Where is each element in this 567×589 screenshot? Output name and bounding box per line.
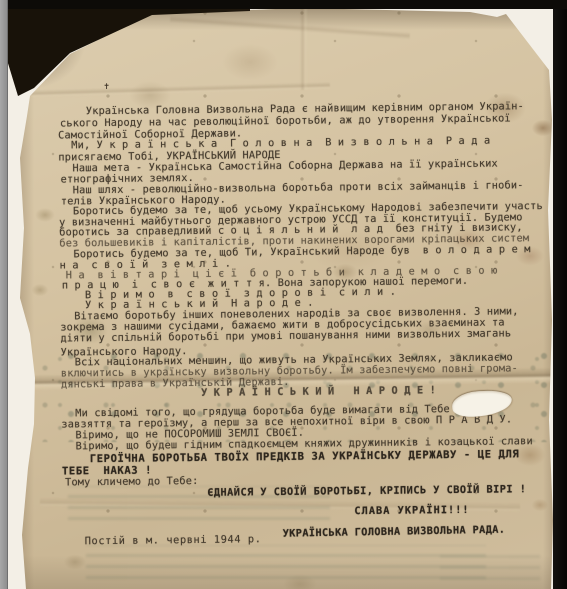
slava-slogan: СЛАВА УКРАЇНІ!!! (354, 504, 469, 517)
scanner-frame-top (0, 0, 567, 9)
scanned-document-page: ✝ Українська Головна Визвольна Рада є на… (0, 0, 567, 589)
banner-line: У К Р А Ї Н С Ь К И Й Н А Р О Д Е ! (201, 384, 436, 399)
typewritten-text: Українська Головна Визвольна Рада є найв… (0, 0, 567, 589)
signature-line: УКРАЇНСЬКА ГОЛОВНА ВИЗВОЛЬНА РАДА. (283, 524, 506, 540)
typewritten-line: Тому кличемо до Тебе: (65, 475, 198, 489)
scanner-frame-right (553, 0, 567, 589)
call-slogan: ЄДНАЙСЯ У СВОЇЙ БОРОТЬБІ, КРІПИСЬ У СВОЇ… (207, 483, 526, 499)
scanner-bed-strip (0, 0, 8, 589)
date-place-line: Постій в м. червні 1944 р. (85, 533, 262, 547)
document-paper: ✝ Українська Головна Визвольна Рада є на… (0, 0, 567, 589)
